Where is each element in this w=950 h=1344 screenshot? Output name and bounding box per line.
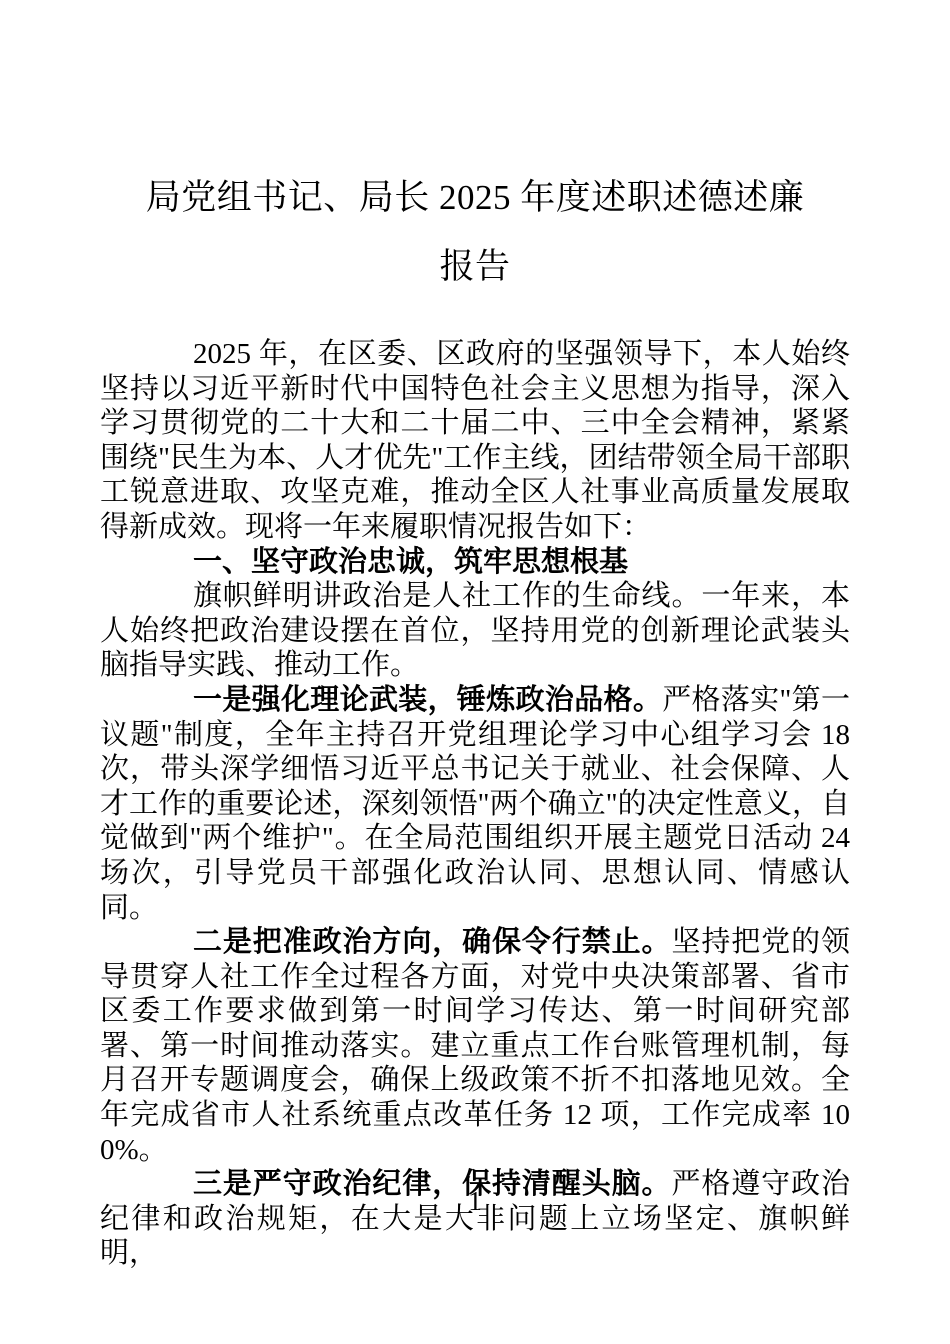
paragraph-section-overview: 旗帜鲜明讲政治是人社工作的生命线。一年来，本人始终把政治建设摆在首位，坚持用党的… <box>100 579 850 683</box>
document-title-line-2: 报告 <box>0 232 950 301</box>
paragraph-intro: 2025 年，在区委、区政府的坚强领导下，本人始终坚持以习近平新时代中国特色社会… <box>100 337 850 545</box>
paragraph-point-2-lead: 二是把准政治方向，确保令行禁止。 <box>193 926 671 958</box>
paragraph-point-1-lead: 一是强化理论武装，锤炼政治品格。 <box>193 684 662 716</box>
document-title: 局党组书记、局长 2025 年度述职述德述廉 报告 <box>0 0 950 301</box>
section-heading-1: 一、坚守政治忠诚，筑牢思想根基 <box>100 545 850 580</box>
paragraph-point-2-text: 坚持把党的领导贯穿人社工作全过程各方面，对党中央决策部署、省市区委工作要求做到第… <box>100 926 850 1166</box>
page-number: 1 <box>0 1184 950 1218</box>
document-page: 局党组书记、局长 2025 年度述职述德述廉 报告 2025 年，在区委、区政府… <box>0 0 950 1344</box>
document-title-line-1: 局党组书记、局长 2025 年度述职述德述廉 <box>0 163 950 232</box>
paragraph-point-3: 三是严守政治纪律，保持清醒头脑。严格遵守政治纪律和政治规矩，在大是大非问题上立场… <box>100 1167 850 1271</box>
paragraph-point-2: 二是把准政治方向，确保令行禁止。坚持把党的领导贯穿人社工作全过程各方面，对党中央… <box>100 925 850 1167</box>
paragraph-point-1-text: 严格落实"第一议题"制度，全年主持召开党组理论学习中心组学习会 18 次，带头深… <box>100 684 850 924</box>
paragraph-point-1: 一是强化理论武装，锤炼政治品格。严格落实"第一议题"制度，全年主持召开党组理论学… <box>100 683 850 925</box>
document-body: 2025 年，在区委、区政府的坚强领导下，本人始终坚持以习近平新时代中国特色社会… <box>100 337 850 1271</box>
